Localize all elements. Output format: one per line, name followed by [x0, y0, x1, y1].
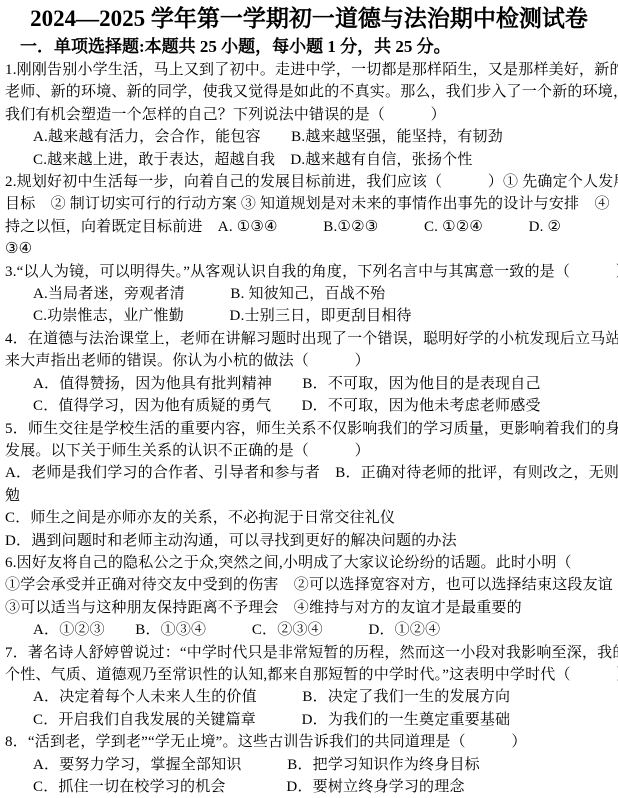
- question-2-line: 持之以恒，向着既定目标前进 A. ①③④ B.①②③ C. ①②④ D. ②: [5, 216, 613, 238]
- question-5-line: 发展。以下关于师生关系的认识不正确的是（ ）: [5, 440, 613, 462]
- question-7-line: C．开启我们自我发展的关键篇章 D．为我们的一生奠定重要基础: [5, 709, 613, 731]
- question-3-line: C.功崇惟志，业广惟勤 D.士别三日，即更刮目相待: [5, 305, 613, 327]
- question-1-line: 我们有机会塑造一个怎样的自己？下列说法中错误的是（ ）: [5, 104, 613, 126]
- section-header: 一．单项选择题:本题共 25 小题，每小题 1 分，共 25 分。: [5, 34, 613, 59]
- question-5: 5．师生交往是学校生活的重要内容，师生关系不仅影响我们的学习质量，更影响着我们的…: [5, 418, 613, 552]
- question-4: 4．在道德与法治课堂上，老师在讲解习题时出现了一个错误，聪明好学的小杭发现后立马…: [5, 328, 613, 418]
- question-2: 2.规划好初中生活每一步，向着自己的发展目标前进，我们应该（ ）① 先确定个人发…: [5, 171, 613, 261]
- question-6-line: A．①②③ B．①③④ C．②③④ D．①②④: [5, 619, 613, 641]
- question-2-line: ③④: [5, 238, 613, 260]
- question-1: 1.刚刚告别小学生活，马上又到了初中。走进中学，一切都是那样陌生，又是那样美好，…: [5, 59, 613, 171]
- question-4-line: A．值得赞扬，因为他具有批判精神 B．不可取，因为他目的是表现自己: [5, 373, 613, 395]
- question-list: 1.刚刚告别小学生活，马上又到了初中。走进中学，一切都是那样陌生，又是那样美好，…: [5, 59, 613, 798]
- exam-title: 2024—2025 学年第一学期初一道德与法治期中检测试卷: [5, 4, 613, 34]
- question-6-line: 6.因好友将自己的隐私公之于众,突然之间,小明成了大家议论纷纷的话题。此时小明（…: [5, 552, 613, 574]
- question-8-line: 8．“活到老，学到老”“学无止境”。这些古训告诉我们的共同道理是（ ）: [5, 731, 613, 753]
- question-7-line: A．决定着每个人未来人生的价值 B．决定了我们一生的发展方向: [5, 686, 613, 708]
- question-1-line: C.越来越上进，敢于表达，超越自我 D.越来越有自信，张扬个性: [5, 149, 613, 171]
- question-8-line: A．要努力学习，掌握全部知识 B．把学习知识作为终身目标: [5, 754, 613, 776]
- question-3-line: 3.“以人为镜，可以明得失。”从客观认识自我的角度，下列名言中与其寓意一致的是（…: [5, 261, 613, 283]
- question-6: 6.因好友将自己的隐私公之于众,突然之间,小明成了大家议论纷纷的话题。此时小明（…: [5, 552, 613, 642]
- question-4-line: 来大声指出老师的错误。你认为小杭的做法（ ）: [5, 350, 613, 372]
- question-7-line: 个性、气质、道德观乃至常识性的认知,都来自那短暂的中学时代。”这表明中学时代（ …: [5, 664, 613, 686]
- question-5-line: 勉: [5, 485, 613, 507]
- question-5-line: C．师生之间是亦师亦友的关系，不必拘泥于日常交往礼仪: [5, 507, 613, 529]
- question-5-line: A．老师是我们学习的合作者、引导者和参与者 B．正确对待老师的批评，有则改之，无…: [5, 462, 613, 484]
- question-6-line: ③可以适当与这种朋友保持距离不予理会 ④维持与对方的友谊才是最重要的: [5, 597, 613, 619]
- question-7-line: 7．著名诗人舒婷曾说过：“中学时代只是非常短暂的历程，然而这一小段对我影响至深，…: [5, 642, 613, 664]
- question-1-line: A.越来越有活力，会合作，能包容 B.越来越坚强，能坚持，有韧劲: [5, 126, 613, 148]
- question-8: 8．“活到老，学到老”“学无止境”。这些古训告诉我们的共同道理是（ ）A．要努力…: [5, 731, 613, 798]
- question-3-line: A.当局者迷，旁观者清 B. 知彼知己，百战不殆: [5, 283, 613, 305]
- question-5-line: 5．师生交往是学校生活的重要内容，师生关系不仅影响我们的学习质量，更影响着我们的…: [5, 418, 613, 440]
- question-2-line: 目标 ② 制订切实可行的行动方案 ③ 知道规划是对未来的事情作出事先的设计与安排…: [5, 193, 613, 215]
- question-6-line: ①学会承受并正确对待交友中受到的伤害 ②可以选择宽容对方，也可以选择结束这段友谊: [5, 574, 613, 596]
- question-8-line: C．抓住一切在校学习的机会 D．要树立终身学习的理念: [5, 776, 613, 798]
- question-4-line: C．值得学习，因为他有质疑的勇气 D．不可取，因为他未考虑老师感受: [5, 395, 613, 417]
- question-1-line: 1.刚刚告别小学生活，马上又到了初中。走进中学，一切都是那样陌生，又是那样美好，…: [5, 59, 613, 81]
- question-3: 3.“以人为镜，可以明得失。”从客观认识自我的角度，下列名言中与其寓意一致的是（…: [5, 261, 613, 328]
- question-2-line: 2.规划好初中生活每一步，向着自己的发展目标前进，我们应该（ ）① 先确定个人发…: [5, 171, 613, 193]
- question-5-line: D．遇到问题时和老师主动沟通，可以寻找到更好的解决问题的办法: [5, 530, 613, 552]
- question-1-line: 老师、新的环境、新的同学，使我又觉得是如此的不真实。那么，我们步入了一个新的环境…: [5, 81, 613, 103]
- question-7: 7．著名诗人舒婷曾说过：“中学时代只是非常短暂的历程，然而这一小段对我影响至深，…: [5, 642, 613, 732]
- question-4-line: 4．在道德与法治课堂上，老师在讲解习题时出现了一个错误，聪明好学的小杭发现后立马…: [5, 328, 613, 350]
- exam-paper: 2024—2025 学年第一学期初一道德与法治期中检测试卷 一．单项选择题:本题…: [0, 0, 618, 798]
